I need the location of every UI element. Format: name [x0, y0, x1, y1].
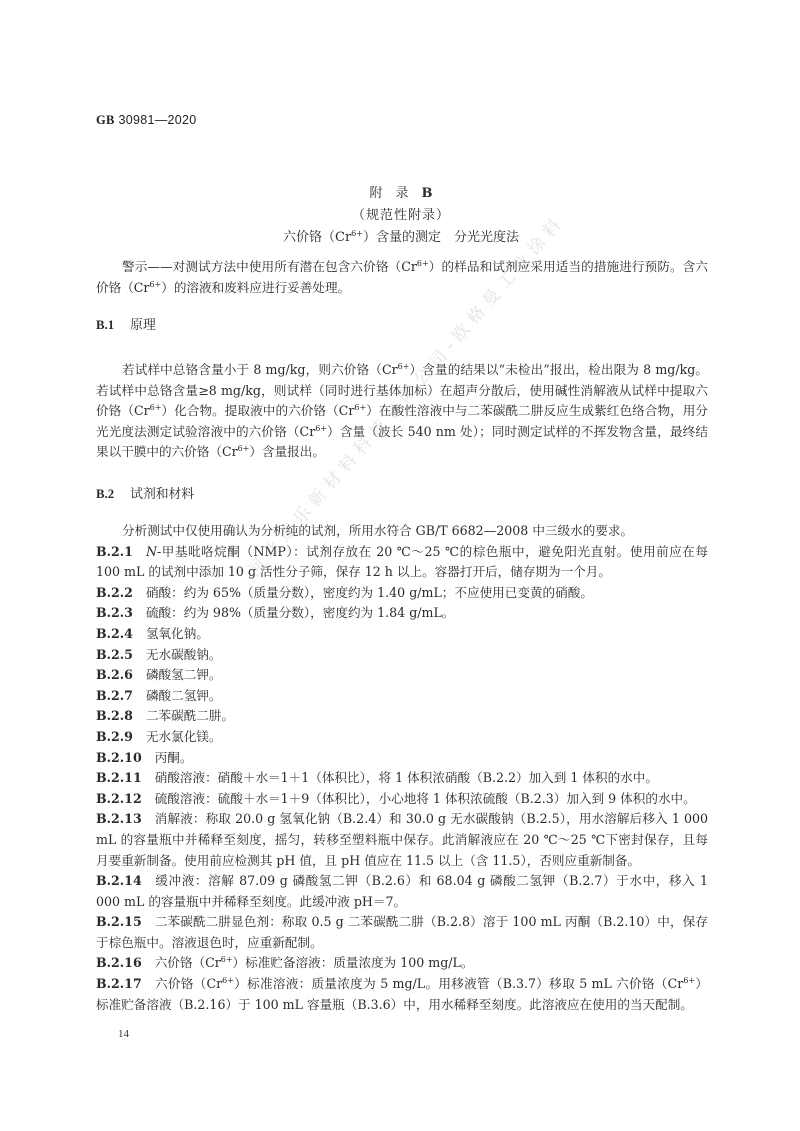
clause-number: B.2.3: [96, 605, 133, 620]
clause-b-2-5: B.2.5无水碳酸钠。: [96, 645, 708, 666]
paragraph-text: ）含量报出。: [249, 444, 325, 459]
standard-number: 30981—2020: [118, 113, 196, 127]
clause-number: B.2.9: [96, 729, 133, 744]
clause-number: B.2.2: [96, 585, 133, 600]
paragraph-text: ）化合物。提取液中的六价铬（Cr: [161, 403, 354, 418]
clause-b-2-7: B.2.7磷酸二氢钾。: [96, 686, 708, 707]
annex-title-prefix: 附 录: [369, 186, 408, 201]
reagents-intro: 分析测试中仅使用确认为分析纯的试剂，所用水符合 GB/T 6682—2008 中…: [96, 521, 708, 542]
clause-b-2-11: B.2.11硝酸溶液：硝酸＋水＝1＋1（体积比），将 1 体积浓硝酸（B.2.2…: [96, 768, 708, 789]
paragraph-text: 若试样中总铬含量小于 8 mg/kg，则六价铬（Cr: [122, 362, 398, 377]
clause-number: B.2.15: [96, 914, 142, 929]
superscript: 6+: [149, 280, 161, 289]
superscript: 6+: [351, 229, 363, 238]
clause-number: B.2.17: [96, 976, 142, 991]
clause-b-2-13: B.2.13消解液：称取 20.0 g 氢氧化钠（B.2.4）和 30.0 g …: [96, 809, 708, 871]
italic-text: N: [146, 544, 157, 559]
superscript: 6+: [354, 403, 366, 412]
clause-text: 六价铬（Cr: [155, 955, 221, 970]
clause-text: 六价铬（Cr: [155, 976, 222, 991]
annex-title: 附 录 B: [96, 183, 706, 205]
clause-text: 二苯碳酰二肼。: [146, 708, 234, 723]
clause-b-2-1: B.2.1N-甲基吡咯烷酮（NMP）：试剂存放在 20 ℃～25 ℃的棕色瓶中，…: [96, 542, 708, 583]
annex-subject: 六价铬（Cr6+）含量的测定 分光光度法: [96, 227, 706, 249]
clause-number: B.2.1: [96, 544, 133, 559]
clause-text: 无水碳酸钠。: [146, 647, 222, 662]
warning-text: 警示——对测试方法中使用所有潜在包含六价铬（Cr: [122, 259, 417, 274]
superscript: 6+: [683, 976, 695, 985]
clause-b-2-3: B.2.3硫酸：约为 98%（质量分数），密度约为 1.84 g/mL。: [96, 603, 708, 624]
clause-text: 硫酸溶液：硫酸＋水＝1＋9（体积比），小心地将 1 体积浓硫酸（B.2.3）加入…: [155, 791, 696, 806]
clause-text: 硫酸：约为 98%（质量分数），密度约为 1.84 g/mL。: [146, 605, 454, 620]
clause-text: 无水氯化镁。: [146, 729, 222, 744]
superscript: 6+: [238, 444, 250, 453]
warning-text: ）的溶液和废料应进行妥善处理。: [161, 280, 350, 295]
section-b2-body: 分析测试中仅使用确认为分析纯的试剂，所用水符合 GB/T 6682—2008 中…: [96, 521, 708, 1015]
clause-number: B.2.10: [96, 750, 142, 765]
annex-subject-post: ）含量的测定 分光光度法: [363, 230, 519, 245]
section-number: B.1: [96, 318, 114, 332]
section-heading-b2: B.2试剂和材料: [96, 484, 708, 506]
clause-text: 氢氧化钠。: [146, 626, 209, 641]
clause-text: -甲基吡咯烷酮（NMP）：试剂存放在 20 ℃～25 ℃的棕色瓶中，避免阳光直射…: [96, 544, 708, 580]
principle-paragraph: 若试样中总铬含量小于 8 mg/kg，则六价铬（Cr6+）含量的结果以“未检出”…: [96, 360, 708, 463]
section-heading-b1: B.1原理: [96, 315, 708, 337]
clause-b-2-6: B.2.6磷酸氢二钾。: [96, 665, 708, 686]
page-number: 14: [118, 1028, 129, 1040]
clause-number: B.2.11: [96, 770, 142, 785]
clause-b-2-8: B.2.8二苯碳酰二肼。: [96, 706, 708, 727]
clause-number: B.2.4: [96, 626, 133, 641]
clause-number: B.2.6: [96, 667, 133, 682]
clause-text: 磷酸氢二钾。: [146, 667, 222, 682]
standard-prefix: GB: [96, 113, 115, 127]
superscript: 6+: [398, 362, 410, 371]
section-number: B.2: [96, 487, 114, 501]
standard-code: GB 30981—2020: [96, 113, 197, 128]
clause-text: 缓冲液：溶解 87.09 g 磷酸氢二钾（B.2.6）和 68.04 g 磷酸二…: [96, 873, 708, 909]
superscript: 6+: [221, 955, 233, 964]
clause-text: 硝酸溶液：硝酸＋水＝1＋1（体积比），将 1 体积浓硝酸（B.2.2）加入到 1…: [155, 770, 658, 785]
annex-kind: （规范性附录）: [96, 205, 706, 227]
clause-text: ）标准贮备溶液：质量浓度为 100 mg/L。: [233, 955, 474, 970]
clause-b-2-16: B.2.16六价铬（Cr6+）标准贮备溶液：质量浓度为 100 mg/L。: [96, 953, 708, 974]
clause-text: ）标准溶液：质量浓度为 5 mg/L。用移液管（B.3.7）移取 5 mL 六价…: [234, 976, 683, 991]
section-b1-body: 若试样中总铬含量小于 8 mg/kg，则六价铬（Cr6+）含量的结果以“未检出”…: [96, 360, 708, 463]
superscript: 6+: [150, 403, 162, 412]
clause-text: 丙酮。: [155, 750, 193, 765]
clause-text: 二苯碳酰二肼显色剂：称取 0.5 g 二苯碳酰二肼（B.2.8）溶于 100 m…: [96, 914, 708, 950]
document-page: GB 30981—2020 附 录 B （规范性附录） 六价铬（Cr6+）含量的…: [0, 0, 800, 1131]
section-title: 原理: [130, 318, 156, 333]
annex-letter: B: [422, 186, 433, 201]
warning-paragraph: 警示——对测试方法中使用所有潜在包含六价铬（Cr6+）的样品和试剂应采用适当的措…: [96, 257, 708, 298]
section-title: 试剂和材料: [130, 487, 194, 502]
clause-number: B.2.14: [96, 873, 142, 888]
clause-text: 消解液：称取 20.0 g 氢氧化钠（B.2.4）和 30.0 g 无水碳酸钠（…: [96, 811, 708, 867]
warning-block: 警示——对测试方法中使用所有潜在包含六价铬（Cr6+）的样品和试剂应采用适当的措…: [96, 257, 708, 298]
clause-b-2-17: B.2.17六价铬（Cr6+）标准溶液：质量浓度为 5 mg/L。用移液管（B.…: [96, 974, 708, 1015]
annex-subject-pre: 六价铬（Cr: [283, 230, 351, 245]
clause-number: B.2.13: [96, 811, 142, 826]
annex-heading: 附 录 B （规范性附录） 六价铬（Cr6+）含量的测定 分光光度法: [96, 183, 706, 249]
warning-text: ）的样品和试剂应采用适当的措施进行预: [429, 259, 658, 274]
clause-text: 硝酸：约为 65%（质量分数），密度约为 1.40 g/mL；不应使用已变黄的硝…: [146, 585, 593, 600]
clause-b-2-15: B.2.15二苯碳酰二肼显色剂：称取 0.5 g 二苯碳酰二肼（B.2.8）溶于…: [96, 912, 708, 953]
clause-b-2-9: B.2.9无水氯化镁。: [96, 727, 708, 748]
superscript: 6+: [315, 424, 327, 433]
clause-number: B.2.16: [96, 955, 142, 970]
clause-number: B.2.7: [96, 688, 133, 703]
clause-b-2-12: B.2.12硫酸溶液：硫酸＋水＝1＋9（体积比），小心地将 1 体积浓硫酸（B.…: [96, 789, 708, 810]
superscript: 6+: [222, 976, 234, 985]
clause-number: B.2.12: [96, 791, 142, 806]
superscript: 6+: [417, 259, 429, 268]
clause-text: 磷酸二氢钾。: [146, 688, 222, 703]
clause-b-2-14: B.2.14缓冲液：溶解 87.09 g 磷酸氢二钾（B.2.6）和 68.04…: [96, 871, 708, 912]
clause-number: B.2.8: [96, 708, 133, 723]
clause-b-2-2: B.2.2硝酸：约为 65%（质量分数），密度约为 1.40 g/mL；不应使用…: [96, 583, 708, 604]
clause-b-2-4: B.2.4氢氧化钠。: [96, 624, 708, 645]
clause-number: B.2.5: [96, 647, 133, 662]
clause-b-2-10: B.2.10丙酮。: [96, 748, 708, 769]
